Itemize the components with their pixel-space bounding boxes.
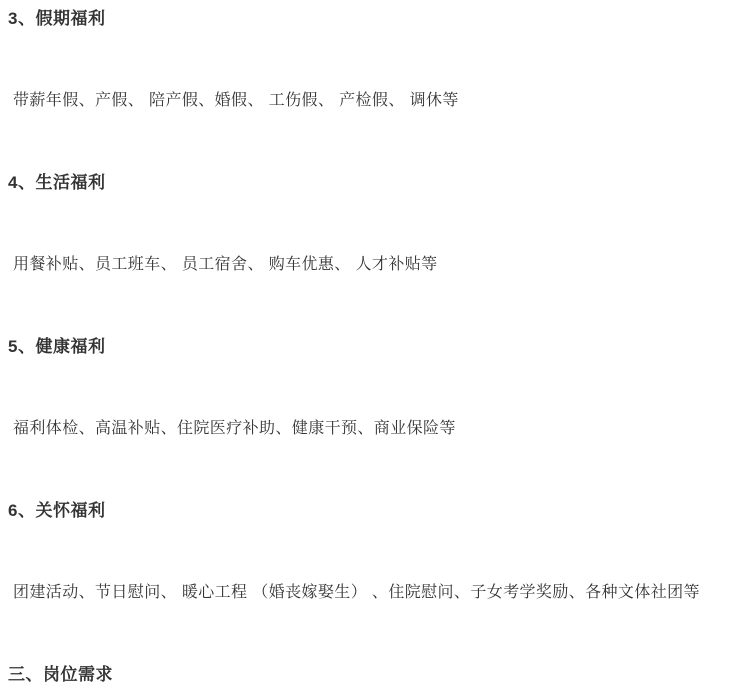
section-body-care-benefits: 团建活动、节日慰问、 暖心工程 （婚丧嫁娶生） 、住院慰问、子女考学奖励、各种文…: [13, 582, 725, 604]
job-description-document: 3、假期福利 带薪年假、产假、 陪产假、婚假、 工伤假、 产检假、 调休等 4、…: [0, 0, 735, 693]
section-heading-health-benefits: 5、健康福利: [8, 336, 725, 358]
section-heading-holiday-benefits: 3、假期福利: [8, 8, 725, 30]
section-body-life-benefits: 用餐补贴、员工班车、 员工宿舍、 购车优惠、 人才补贴等: [13, 254, 725, 276]
section-heading-job-requirements: 三、岗位需求: [8, 664, 725, 686]
section-body-holiday-benefits: 带薪年假、产假、 陪产假、婚假、 工伤假、 产检假、 调休等: [13, 90, 725, 112]
section-body-health-benefits: 福利体检、高温补贴、住院医疗补助、健康干预、商业保险等: [13, 418, 725, 440]
section-heading-life-benefits: 4、生活福利: [8, 172, 725, 194]
section-heading-care-benefits: 6、关怀福利: [8, 500, 725, 522]
